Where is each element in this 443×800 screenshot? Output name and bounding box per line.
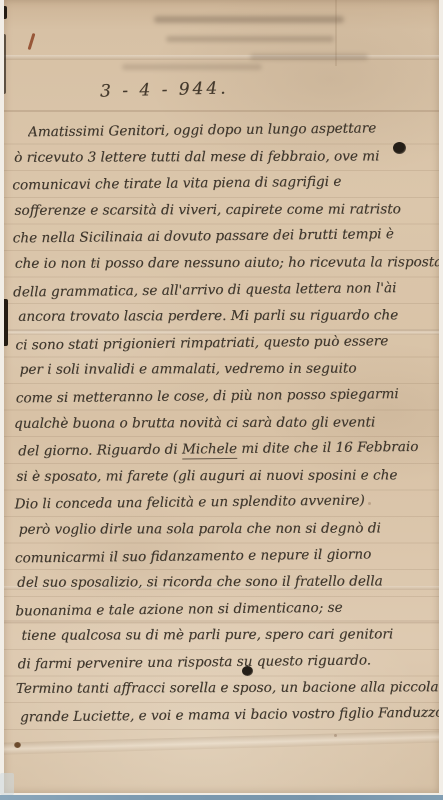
letter-line: ancora trovato lascia perdere. Mi parli … — [18, 302, 439, 330]
rust-mark — [28, 33, 36, 50]
underlined-word: Michele — [182, 441, 237, 460]
letter-line: sofferenze e scarsità di viveri, capiret… — [14, 196, 439, 224]
bleedthrough-smudge — [166, 36, 334, 42]
fold-crease — [4, 55, 439, 60]
paper-edge-tear-mark — [4, 6, 7, 19]
letter-line: per i soli invalidi e ammalati, vedremo … — [20, 356, 439, 384]
bleedthrough-smudge — [122, 64, 262, 70]
letter-line: della grammatica, se all'arrivo di quest… — [13, 274, 439, 305]
letter-line: ci sono stati prigionieri rimpatriati, q… — [15, 327, 439, 358]
letter-line: tiene qualcosa su di mè parli pure, sper… — [21, 621, 439, 649]
paper-edge-tear-mark — [4, 34, 6, 94]
letter-line: Dio li conceda una felicità e un splendi… — [14, 487, 439, 518]
letter-body: Amatissimi Genitori, oggi dopo un lungo … — [12, 116, 439, 731]
letter-line: come si metteranno le cose, di più non p… — [16, 381, 439, 412]
letter-line: che nella Sicilinaia ai dovuto passare d… — [13, 221, 439, 252]
letter-line: che io non ti posso dare nessuno aiuto; … — [15, 249, 439, 277]
ink-blot — [242, 666, 253, 676]
paper-edge-tear-mark — [4, 299, 8, 346]
letter-line: del giorno. Riguardo di Michele mi dite … — [18, 434, 439, 465]
letter-line: buonanima e tale azione non si dimentica… — [15, 593, 439, 624]
fold-crease-diagonal — [4, 729, 439, 756]
letter-line: ò ricevuto 3 lettere tutti dal mese di f… — [14, 143, 439, 171]
fold-crease-vertical — [335, 0, 337, 66]
letter-line: Amatissimi Genitori, oggi dopo un lungo … — [28, 115, 439, 146]
letter-line: qualchè buona o brutta novità ci sarà da… — [14, 409, 439, 437]
scanner-edge-artifact — [0, 773, 14, 795]
ink-blot — [393, 142, 406, 154]
bleedthrough-smudge — [250, 54, 368, 60]
letter-line: grande Luciette, e voi e mama vi bacio v… — [20, 700, 439, 731]
fold-crease — [4, 110, 439, 112]
stain-spot — [334, 734, 337, 737]
bleedthrough-smudge — [154, 16, 344, 23]
letter-line: Termino tanti affracci sorella e sposo, … — [16, 675, 439, 703]
stain-spot — [14, 742, 21, 748]
scanner-strip — [0, 795, 443, 800]
letter-line: però voglio dirle una sola parola che no… — [19, 515, 439, 543]
letter-line: comunicarmi il suo fidanzamento e nepure… — [15, 540, 439, 571]
scanned-letter: 3 - 4 - 944. Amatissimi Genitori, oggi d… — [0, 0, 443, 800]
letter-line: di farmi pervenire una risposta su quest… — [18, 646, 439, 677]
letter-line: si è sposato, mi farete (gli auguri ai n… — [16, 462, 439, 490]
letter-date: 3 - 4 - 944. — [100, 78, 229, 101]
letter-line: del suo sposalizio, si ricorda che sono … — [17, 568, 439, 596]
letter-line: comunicavi che tirate la vita piena di s… — [12, 168, 439, 199]
letter-paper: 3 - 4 - 944. Amatissimi Genitori, oggi d… — [4, 0, 439, 793]
